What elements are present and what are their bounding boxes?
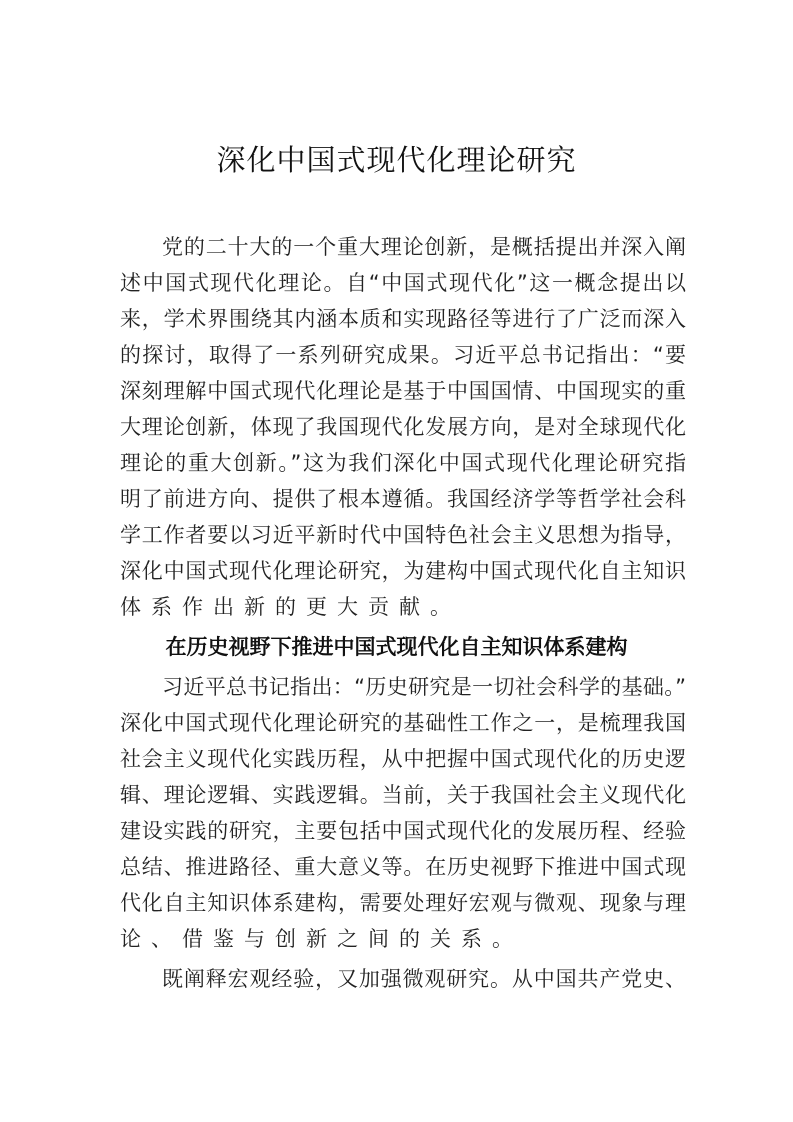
paragraph-line: 大理论创新，体现了我国现代化发展方向，是对全球现代化 (120, 409, 686, 445)
document-page: 深化中国式现代化理论研究 党的二十大的一个重大理论创新，是概括提出并深入阐 述中… (0, 0, 793, 1122)
paragraph-line: 既阐释宏观经验，又加强微观研究。从中国共产党史、 (162, 961, 686, 997)
section-heading: 在历史视野下推进中国式现代化自主知识体系建构 (0, 629, 793, 665)
paragraph-line: 明了前进方向、提供了根本遵循。我国经济学等哲学社会科 (120, 481, 686, 517)
paragraph-line: 辑、理论逻辑、实践逻辑。当前，关于我国社会主义现代化 (120, 777, 686, 813)
paragraph-line: 代化自主知识体系建构，需要处理好宏观与微观、现象与理 (120, 885, 686, 921)
paragraph-line: 体系作出新的更大贡献。 (120, 589, 686, 625)
paragraph-line: 总结、推进路径、重大意义等。在历史视野下推进中国式现 (120, 849, 686, 885)
paragraph-line: 述中国式现代化理论。自“中国式现代化”这一概念提出以 (120, 265, 686, 301)
paragraph-line: 论、借鉴与创新之间的关系。 (120, 921, 686, 957)
paragraph-line: 的探讨，取得了一系列研究成果。习近平总书记指出：“要 (120, 337, 686, 373)
paragraph-line: 深刻理解中国式现代化理论是基于中国国情、中国现实的重 (120, 373, 686, 409)
paragraph-line: 建设实践的研究，主要包括中国式现代化的发展历程、经验 (120, 813, 686, 849)
paragraph-line: 习近平总书记指出：“历史研究是一切社会科学的基础。” (162, 669, 686, 705)
paragraph-line: 党的二十大的一个重大理论创新，是概括提出并深入阐 (162, 229, 686, 265)
paragraph-line: 深化中国式现代化理论研究的基础性工作之一，是梳理我国 (120, 705, 686, 741)
paragraph-line: 社会主义现代化实践历程，从中把握中国式现代化的历史逻 (120, 741, 686, 777)
paragraph-line: 深化中国式现代化理论研究，为建构中国式现代化自主知识 (120, 553, 686, 589)
document-title: 深化中国式现代化理论研究 (0, 138, 793, 179)
paragraph-line: 理论的重大创新。”这为我们深化中国式现代化理论研究指 (120, 445, 686, 481)
paragraph-line: 来，学术界围绕其内涵本质和实现路径等进行了广泛而深入 (120, 301, 686, 337)
paragraph-line: 学工作者要以习近平新时代中国特色社会主义思想为指导， (120, 517, 686, 553)
